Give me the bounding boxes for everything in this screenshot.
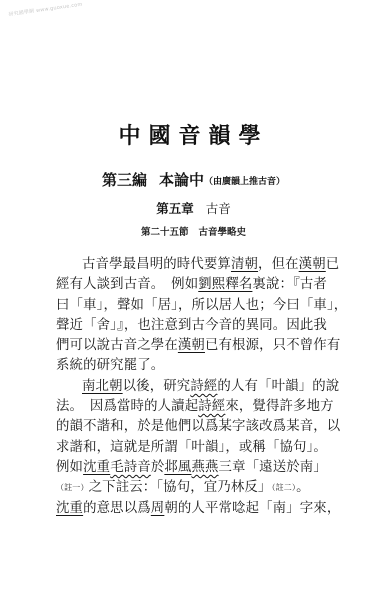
text-segment: 之下註云：「協句，宜乃林反」 xyxy=(89,480,272,495)
text-segment: 朝的人平常唸起「南」字來， xyxy=(164,501,340,516)
text-segment: 。 xyxy=(296,480,310,495)
proper-noun-underlined: 劉熙釋名 xyxy=(198,277,252,292)
footnote-marker[interactable]: （註二） xyxy=(271,483,296,492)
section-number: 第二十五節 xyxy=(141,227,189,238)
text-segment: 以後，研究 xyxy=(123,379,191,394)
text-segment: 已 xyxy=(326,257,340,272)
book-title-wavy: 毛詩音 xyxy=(110,460,151,475)
text-line: 南北朝以後，研究詩經的人有「叶韻」的說 xyxy=(56,377,334,397)
text-segment: 三章「遠送於南」 xyxy=(219,460,327,475)
text-line: 例如沈重毛詩音於邶風燕燕三章「遠送於南」 xyxy=(56,458,334,478)
proper-noun-underlined: 周 xyxy=(151,501,165,516)
text-segment: 的人有「叶韻」的說 xyxy=(217,379,339,394)
text-segment: 裏說：『古者 xyxy=(252,277,327,292)
proper-noun-underlined: 漢朝 xyxy=(299,257,326,272)
text-line: 法。 因爲當時的人讀起詩經來，覺得許多地方 xyxy=(56,397,334,417)
part-heading: 第三編本論中（由廣韻上推古音） xyxy=(0,170,387,192)
text-segment: 聲近「舍」』，也注意到古今音的異同。因此我 xyxy=(56,318,327,333)
section-heading: 第二十五節古音學略史 xyxy=(0,226,387,240)
footnote-marker[interactable]: （註一） xyxy=(56,483,89,492)
proper-noun-underlined: 南北朝 xyxy=(82,379,123,394)
body-text: 古音學最昌明的時代要算清朝，但在漢朝已 經有人談到古音。 例如劉熙釋名裏說：『古… xyxy=(56,255,334,519)
text-line: 經有人談到古音。 例如劉熙釋名裏說：『古者 xyxy=(56,275,334,295)
text-segment: 法。 因爲當時的人讀起 xyxy=(56,399,198,414)
text-segment: 來，覺得許多地方 xyxy=(225,399,333,414)
proper-noun-underlined: 沈重 xyxy=(56,501,83,516)
part-name: 本論中 xyxy=(159,171,204,189)
chapter-heading: 第五章古音 xyxy=(0,200,387,218)
text-segment: 例如 xyxy=(56,460,83,475)
book-title-wavy: 詩經 xyxy=(190,379,217,394)
proper-noun-underlined: 漢朝 xyxy=(178,338,205,353)
part-subtitle: （由廣韻上推古音） xyxy=(204,177,285,187)
text-line: 求諧和，這就是所謂「叶韻」，或稱「協句」。 xyxy=(56,438,334,458)
proper-noun-underlined: 沈重 xyxy=(83,460,110,475)
text-segment: 系統的研究罷了。 xyxy=(56,358,164,373)
text-line: 曰「車」，聲如「居」，所以居人也；今曰「車」， xyxy=(56,296,334,316)
text-segment: 已有根源，只不曾作有 xyxy=(205,338,340,353)
text-line: 的韻不諧和，於是他們以爲某字該改爲某音，以 xyxy=(56,417,334,437)
text-segment: 求諧和，這就是所謂「叶韻」，或稱「協句」。 xyxy=(56,440,327,455)
watermark: 研究國學網 www.guoxue.com xyxy=(8,1,83,18)
text-line: （註一）之下註云：「協句，宜乃林反」（註二）。 xyxy=(56,478,334,498)
text-segment: ，但在 xyxy=(258,257,299,272)
text-line: 系統的研究罷了。 xyxy=(56,356,334,376)
text-line: 聲近「舍」』，也注意到古今音的異同。因此我 xyxy=(56,316,334,336)
text-line: 們可以說古音之學在漢朝已有根源，只不曾作有 xyxy=(56,336,334,356)
text-segment: 的意思以爲 xyxy=(83,501,151,516)
text-line: 沈重的意思以爲周朝的人平常唸起「南」字來， xyxy=(56,499,334,519)
text-segment: 曰「車」，聲如「居」，所以居人也；今曰「車」， xyxy=(56,298,347,313)
book-title-wavy: 詩經 xyxy=(198,399,225,414)
book-title-wavy: 燕燕 xyxy=(191,460,218,475)
proper-noun-underlined: 清朝 xyxy=(231,257,258,272)
text-segment: 於 xyxy=(151,460,165,475)
text-segment: 們可以說古音之學在 xyxy=(56,338,178,353)
chapter-number: 第五章 xyxy=(156,201,194,216)
chapter-name: 古音 xyxy=(206,201,231,216)
text-segment: 經有人談到古音。 例如 xyxy=(56,277,198,292)
text-segment: 的韻不諧和，於是他們以爲某字該改爲某音，以 xyxy=(56,419,340,434)
proper-noun-underlined: 邶風 xyxy=(164,460,191,475)
part-number: 第三編 xyxy=(102,171,147,189)
section-name: 古音學略史 xyxy=(199,227,247,238)
text-line: 古音學最昌明的時代要算清朝，但在漢朝已 xyxy=(56,255,334,275)
text-segment: 古音學最昌明的時代要算 xyxy=(82,257,231,272)
book-title: 中國音韻學 xyxy=(0,124,387,150)
